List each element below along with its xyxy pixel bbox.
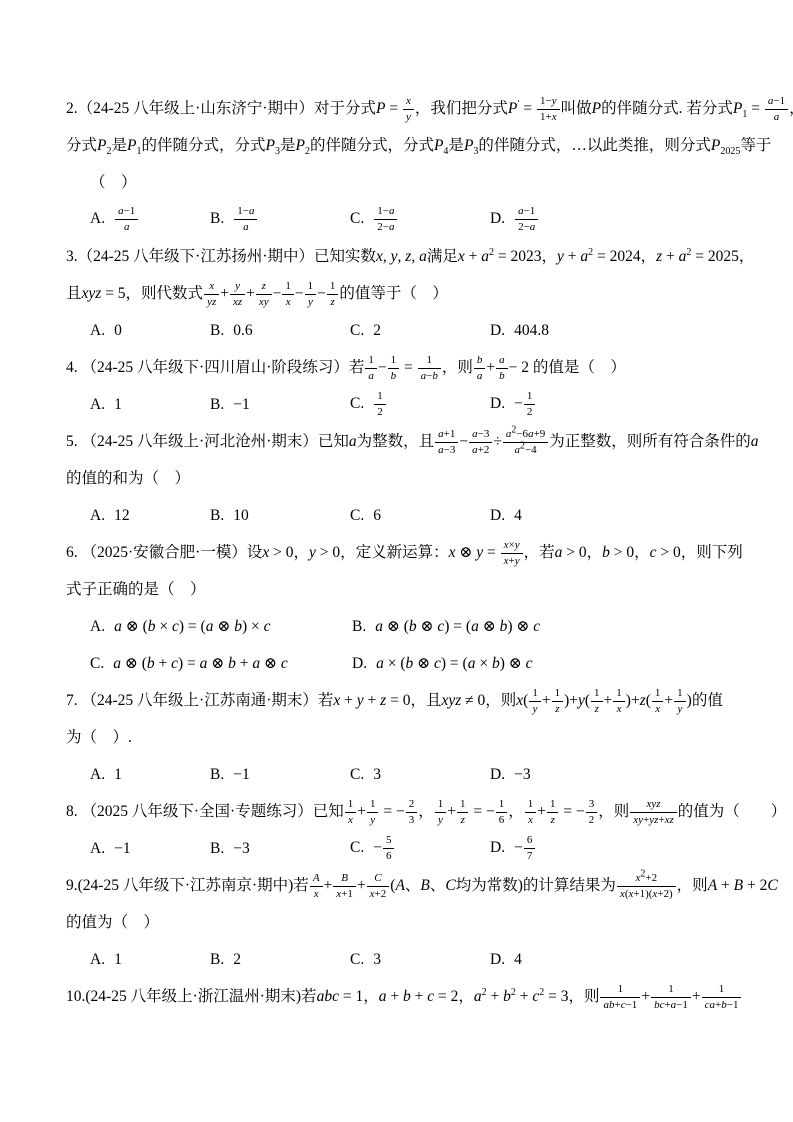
option-value: −1: [233, 396, 250, 413]
question-6: 6. （2025·安徽合肥·一模）设x > 0，y > 0，定义新运算：x ⊗ …: [66, 534, 735, 682]
fraction: xy: [403, 95, 414, 123]
math-variable: a: [477, 370, 483, 382]
math-variable: b: [409, 618, 417, 635]
superscript: 2: [588, 247, 593, 258]
math-variable: y: [515, 555, 520, 567]
math-variable: x: [652, 888, 657, 900]
fraction-denominator: a: [765, 109, 788, 124]
question-9-option-A: A.1: [90, 951, 210, 969]
fraction: a−1a: [115, 205, 138, 233]
fraction-denominator: xz: [230, 294, 245, 309]
question-4-stem-line: 4. （24-25 八年级下·四川眉山·阶段练习）若1a−1b = 1a−b，则…: [66, 349, 735, 386]
option-value: a ⊗ (b + c) = a ⊗ b + a ⊗ c: [113, 655, 288, 672]
question-9-stem-line: 9.(24-25 八年级下·江苏南京·期中)若Ax+Bx+1+Cx+2(A、B、…: [66, 867, 735, 904]
fraction: 56: [383, 834, 395, 862]
option-label: A.: [90, 951, 105, 968]
math-variable: z: [656, 248, 662, 265]
option-value: 12: [373, 395, 387, 412]
math-variable: a: [114, 618, 122, 635]
fraction-denominator: x+1: [333, 886, 356, 901]
question-2-option-C: C.1−a2−a: [350, 205, 490, 233]
fraction-denominator: b: [496, 368, 508, 383]
fraction-numerator: A: [310, 872, 323, 886]
question-3-option-B: B.0.6: [210, 322, 350, 340]
option-label: B.: [210, 210, 224, 227]
math-variable: C: [374, 872, 381, 884]
option-label: A.: [90, 766, 105, 783]
math-variable: b: [602, 544, 610, 561]
math-variable: y: [438, 814, 443, 826]
math-variable: a: [481, 248, 489, 265]
fraction-numerator: a−1: [765, 95, 788, 109]
question-9: 9.(24-25 八年级下·江苏南京·期中)若Ax+Bx+1+Cx+2(A、B、…: [66, 867, 735, 978]
math-variable: b: [492, 655, 500, 672]
math-variable: y: [309, 544, 316, 561]
fraction-denominator: a−3: [435, 442, 458, 457]
math-variable: z: [595, 703, 599, 715]
math-variable: a: [206, 618, 214, 635]
question-3-stem-line: 3.（24-25 八年级下·江苏扬州·期中）已知实数x, y, z, a满足x …: [66, 238, 735, 275]
math-variable: a: [252, 655, 260, 672]
math-variable: b: [503, 988, 511, 1005]
fraction-denominator: 6: [383, 848, 395, 863]
math-variable: a: [468, 655, 476, 672]
option-value: 12: [114, 507, 130, 524]
math-variable: x: [655, 703, 660, 715]
fraction-denominator: x: [310, 886, 323, 901]
subscript: 3: [275, 146, 280, 157]
superscript: ′: [517, 99, 519, 110]
option-label: D.: [490, 395, 505, 412]
fraction-numerator: 1: [524, 390, 536, 404]
fraction-denominator: z: [327, 294, 339, 309]
fraction: 1bc+a−1: [651, 983, 691, 1011]
math-variable: a: [530, 221, 536, 233]
question-2: 2.（24-25 八年级上·山东济宁·期中）对于分式P = xy，我们把分式P′…: [66, 90, 735, 238]
question-2-stem-line: 2.（24-25 八年级上·山东济宁·期中）对于分式P = xy，我们把分式P′…: [66, 90, 735, 127]
math-variable: a: [389, 205, 395, 217]
question-8: 8. （2025 八年级下·全国·专题练习）已知1x+1y = −23，1y+1…: [66, 793, 735, 867]
math-variable: c: [650, 544, 657, 561]
fraction-numerator: 1: [552, 687, 564, 701]
math-variable: a: [389, 221, 395, 233]
option-value: 6: [373, 507, 381, 524]
question-5-option-B: B.10: [210, 507, 350, 525]
math-variable: c: [437, 618, 444, 635]
fraction-denominator: a: [234, 219, 257, 234]
fraction-denominator: y: [367, 812, 379, 827]
option-value: 4: [514, 951, 522, 968]
math-variable: c: [621, 999, 626, 1011]
fraction-denominator: 2−a: [515, 219, 538, 234]
fraction: 1z: [327, 280, 339, 308]
option-label: C.: [350, 395, 364, 412]
fraction-numerator: 1−a: [234, 205, 257, 219]
question-4-option-D: D.−12: [490, 390, 735, 418]
option-label: B.: [210, 766, 224, 783]
fraction-denominator: x: [345, 812, 357, 827]
fraction-numerator: a−1: [515, 205, 538, 219]
fraction-numerator: a−3: [469, 428, 492, 442]
fraction-denominator: 2: [586, 812, 598, 827]
math-variable: b: [228, 655, 236, 672]
option-label: C.: [350, 766, 364, 783]
math-variable: A: [395, 877, 404, 894]
math-variable: y: [515, 539, 520, 551]
math-variable: a: [124, 221, 130, 233]
fraction: a2−6a+9a2−4: [503, 428, 548, 456]
math-variable: x: [516, 692, 523, 709]
question-3-option-A: A.0: [90, 322, 210, 340]
fraction-numerator: z: [256, 280, 272, 294]
option-label: D.: [490, 322, 505, 339]
math-variable: a: [200, 655, 208, 672]
option-label: D.: [490, 210, 505, 227]
question-5-options-row: A.12B.10C.6D.4: [66, 497, 735, 534]
question-9-option-D: D.4: [490, 951, 735, 969]
question-4-options-row: A.1B.−1C.12D.−12: [66, 386, 735, 423]
option-label: D.: [490, 951, 505, 968]
math-variable: b: [403, 988, 411, 1005]
question-9-options-row: A.1B.2C.3D.4: [66, 941, 735, 978]
math-variable: z: [640, 692, 646, 709]
math-variable: abc: [317, 988, 339, 1005]
fraction-numerator: 1: [388, 354, 400, 368]
math-variable: z: [380, 692, 386, 709]
fraction: 1x: [613, 687, 625, 715]
math-variable: c: [171, 655, 178, 672]
fraction: zxy: [256, 280, 272, 308]
subscript: 2: [305, 146, 310, 157]
option-label: A.: [90, 507, 105, 524]
math-variable: a: [751, 433, 759, 450]
math-variable: a: [349, 433, 357, 450]
math-variable: y: [552, 95, 557, 107]
math-variable: x: [552, 111, 557, 123]
question-6-option-C: C.a ⊗ (b + c) = a ⊗ b + a ⊗ c: [90, 654, 352, 673]
fraction-numerator: xyz: [630, 798, 677, 812]
option-value: 404.8: [514, 322, 549, 339]
question-9-stem-line: 的值为（ ）: [66, 904, 735, 941]
fraction-numerator: x2+2: [617, 872, 676, 886]
fraction-denominator: yz: [204, 294, 219, 309]
fraction-numerator: 1: [525, 798, 537, 812]
fraction-numerator: 1−a: [374, 205, 397, 219]
question-7-option-D: D.−3: [490, 766, 735, 784]
question-7-option-B: B.−1: [210, 766, 350, 784]
math-variable: P: [711, 137, 720, 154]
fraction-denominator: x(x+1)(x+2): [617, 886, 676, 901]
fraction-numerator: 1: [674, 687, 686, 701]
math-variable: B: [341, 872, 348, 884]
question-2-option-A: A.a−1a: [90, 205, 210, 233]
fraction-numerator: 1−y: [537, 95, 560, 109]
fraction-denominator: xy+yz+xz: [630, 812, 677, 827]
fraction: 67: [524, 834, 536, 862]
option-value: 3: [373, 766, 381, 783]
math-variable: b: [391, 370, 397, 382]
math-variable: a: [243, 221, 249, 233]
fraction-denominator: b: [388, 368, 400, 383]
fraction-numerator: 1: [418, 354, 441, 368]
subscript: 2: [106, 146, 111, 157]
question-7: 7. （24-25 八年级上·江苏南通·期末）若x + y + z = 0，且x…: [66, 682, 735, 793]
option-value: 2: [233, 951, 241, 968]
math-variable: x: [504, 539, 509, 551]
option-label: A.: [90, 618, 105, 635]
question-2-options-row: A.a−1aB.1−aaC.1−a2−aD.a−12−a: [66, 201, 735, 238]
math-variable: b: [148, 618, 156, 635]
math-variable: x: [620, 888, 625, 900]
option-value: 1: [114, 951, 122, 968]
question-9-option-B: B.2: [210, 951, 350, 969]
math-variable: a: [580, 248, 588, 265]
math-variable: x: [617, 703, 622, 715]
math-variable: y: [476, 544, 483, 561]
option-label: D.: [490, 766, 505, 783]
fraction-numerator: 1: [547, 798, 559, 812]
math-variable: xyz: [82, 285, 102, 302]
question-5-option-A: A.12: [90, 507, 210, 525]
math-variable: y: [578, 692, 585, 709]
fraction: xyzxy+yz+xz: [630, 798, 677, 826]
option-value: −12: [514, 395, 536, 412]
option-label: C.: [350, 210, 364, 227]
fraction: 32: [586, 798, 598, 826]
question-8-options-row: A.−1B.−3C.−56D.−67: [66, 830, 735, 867]
math-variable: b: [500, 618, 508, 635]
option-value: a−12−a: [514, 210, 539, 227]
question-9-option-C: C.3: [350, 951, 490, 969]
option-value: 2: [373, 322, 381, 339]
fraction-numerator: 1: [365, 354, 377, 368]
option-value: a ⊗ (b ⊗ c) = (a ⊗ b) ⊗ c: [375, 618, 540, 635]
fraction: 1−aa: [234, 205, 257, 233]
question-4: 4. （24-25 八年级下·四川眉山·阶段练习）若1a−1b = 1a−b，则…: [66, 349, 735, 423]
math-variable: z: [551, 814, 555, 826]
math-variable: a: [499, 354, 505, 366]
math-variable: xy: [633, 814, 643, 826]
math-variable: x: [628, 888, 633, 900]
fraction: a+1a−3: [435, 428, 458, 456]
question-2-stem-line: 分式P2是P1的伴随分式，分式P3是P2的伴随分式，分式P4是P3的伴随分式，……: [66, 127, 735, 164]
question-10: 10.(24-25 八年级上·浙江温州·期末)若abc = 1，a + b + …: [66, 978, 735, 1015]
fraction-denominator: a+2: [469, 442, 492, 457]
fraction: 1y: [674, 687, 686, 715]
superscript: 2: [539, 987, 544, 998]
math-variable: a: [472, 428, 478, 440]
fraction: 12: [524, 390, 536, 418]
math-variable: b: [477, 354, 483, 366]
math-variable: a: [768, 95, 774, 107]
option-label: D.: [352, 655, 367, 672]
math-variable: x: [286, 296, 291, 308]
fraction-numerator: 1: [529, 687, 541, 701]
question-3-option-D: D.404.8: [490, 322, 735, 340]
fraction: 1a: [365, 354, 377, 382]
fraction: 1b: [388, 354, 400, 382]
math-variable: b: [721, 999, 727, 1011]
option-label: D.: [490, 507, 505, 524]
math-variable: a: [438, 428, 444, 440]
math-variable: P: [508, 100, 517, 117]
option-label: C.: [350, 951, 364, 968]
fraction-numerator: 1: [305, 280, 317, 294]
fraction-denominator: a: [365, 368, 377, 383]
fraction-denominator: 7: [524, 848, 536, 863]
question-8-option-D: D.−67: [490, 834, 735, 862]
fraction-numerator: 1: [282, 280, 294, 294]
math-variable: z: [331, 296, 335, 308]
fraction-denominator: 2: [524, 404, 536, 419]
math-variable: c: [264, 618, 271, 635]
math-variable: b: [432, 370, 438, 382]
fraction: 1−y1+x: [537, 95, 560, 123]
fraction-numerator: 1: [591, 687, 603, 701]
fraction-denominator: y: [305, 294, 317, 309]
fraction-numerator: 1: [652, 687, 664, 701]
fraction-denominator: z: [591, 701, 603, 716]
option-label: C.: [350, 507, 364, 524]
question-4-option-A: A.1: [90, 396, 210, 414]
superscript: 2: [489, 247, 494, 258]
math-variable: x: [458, 248, 465, 265]
fraction-numerator: 5: [383, 834, 395, 848]
question-7-options-row: A.1B.−1C.3D.−3: [66, 756, 735, 793]
math-variable: b: [499, 370, 505, 382]
fraction: xyz: [204, 280, 219, 308]
math-variable: x: [209, 280, 214, 292]
math-variable: x: [370, 888, 375, 900]
question-8-option-A: A.−1: [90, 840, 210, 858]
question-6-option-A: A.a ⊗ (b × c) = (a ⊗ b) × c: [90, 617, 352, 636]
option-value: 1−aa: [233, 210, 258, 227]
subscript: 1: [742, 109, 747, 120]
math-variable: ab: [603, 999, 614, 1011]
math-variable: y: [357, 692, 364, 709]
fraction-numerator: x: [403, 95, 414, 109]
math-variable: B: [734, 877, 743, 894]
math-variable: x: [376, 248, 383, 265]
question-2-stem-line: （ ）: [66, 164, 735, 201]
question-3-option-C: C.2: [350, 322, 490, 340]
math-variable: A: [708, 877, 717, 894]
option-value: 1: [114, 766, 122, 783]
superscript: 2: [482, 987, 487, 998]
math-variable: P: [376, 100, 385, 117]
question-7-stem-line: 7. （24-25 八年级上·江苏南通·期末）若x + y + z = 0，且x…: [66, 682, 735, 719]
subscript: 4: [443, 146, 448, 157]
fraction-denominator: 1+x: [537, 109, 560, 124]
math-variable: a: [472, 444, 478, 456]
math-variable: x: [504, 555, 509, 567]
question-list: 2.（24-25 八年级上·山东济宁·期中）对于分式P = xy，我们把分式P′…: [66, 90, 735, 1015]
worksheet-page: 2.（24-25 八年级上·山东济宁·期中）对于分式P = xy，我们把分式P′…: [0, 0, 793, 1122]
question-2-option-B: B.1−aa: [210, 205, 350, 233]
option-label: B.: [210, 951, 224, 968]
option-label: B.: [352, 618, 366, 635]
math-variable: y: [677, 703, 682, 715]
math-variable: b: [147, 655, 155, 672]
math-variable: P: [592, 100, 601, 117]
question-7-option-C: C.3: [350, 766, 490, 784]
fraction-denominator: x: [525, 812, 537, 827]
math-variable: y: [406, 111, 411, 123]
fraction: 16: [496, 798, 508, 826]
math-variable: bc: [654, 999, 664, 1011]
fraction-denominator: x: [613, 701, 625, 716]
question-8-option-C: C.−56: [350, 834, 490, 862]
fraction: x2+2x(x+1)(x+2): [617, 872, 676, 900]
math-variable: a: [518, 205, 524, 217]
subscript: 1: [136, 146, 141, 157]
fraction-numerator: C: [367, 872, 390, 886]
question-4-option-C: C.12: [350, 390, 490, 418]
fraction-numerator: a−1: [115, 205, 138, 219]
superscript: 2: [640, 869, 645, 880]
math-variable: c: [281, 655, 288, 672]
fraction-denominator: 2−a: [374, 219, 397, 234]
math-variable: a: [774, 111, 780, 123]
math-variable: c: [427, 988, 434, 1005]
fraction-denominator: 2: [374, 404, 386, 419]
fraction: a−12−a: [515, 205, 538, 233]
fraction-denominator: a: [474, 368, 486, 383]
option-label: A.: [90, 840, 105, 857]
fraction-denominator: ab+c−1: [600, 997, 640, 1012]
option-value: 0: [114, 322, 122, 339]
fraction-numerator: 1: [367, 798, 379, 812]
fraction-denominator: x+2: [367, 886, 390, 901]
option-label: A.: [90, 322, 105, 339]
option-label: C.: [90, 655, 104, 672]
math-variable: x: [348, 814, 353, 826]
fraction-numerator: B: [333, 872, 356, 886]
fraction-numerator: 1: [327, 280, 339, 294]
math-variable: y: [235, 280, 240, 292]
math-variable: C: [767, 877, 777, 894]
question-5-option-D: D.4: [490, 507, 735, 525]
math-variable: a: [555, 544, 563, 561]
math-variable: P: [733, 100, 742, 117]
question-5-stem-line: 5. （24-25 八年级上·河北沧州·期末）已知a为整数，且a+1a−3−a−…: [66, 423, 735, 460]
fraction: Cx+2: [367, 872, 390, 900]
option-label: B.: [210, 322, 224, 339]
math-variable: c: [526, 655, 533, 672]
fraction: yxz: [230, 280, 245, 308]
question-6-option-D: D.a × (b ⊗ c) = (a × b) ⊗ c: [352, 654, 735, 673]
fraction: 1ab+c−1: [600, 983, 640, 1011]
math-variable: P: [434, 137, 443, 154]
fraction-numerator: 1: [496, 798, 508, 812]
superscript: 2: [511, 425, 516, 436]
fraction-numerator: 1: [702, 983, 742, 997]
fraction: 1a−b: [418, 354, 441, 382]
fraction-numerator: a: [496, 354, 508, 368]
math-variable: z: [405, 248, 411, 265]
math-variable: y: [391, 248, 398, 265]
math-variable: x: [262, 544, 269, 561]
fraction-numerator: 6: [524, 834, 536, 848]
fraction: 1z: [457, 798, 469, 826]
math-variable: a: [421, 370, 427, 382]
math-variable: a: [118, 205, 124, 217]
math-variable: P: [265, 137, 274, 154]
option-value: −67: [514, 839, 536, 856]
math-variable: xz: [233, 296, 242, 308]
question-3-options-row: A.0B.0.6C.2D.404.8: [66, 312, 735, 349]
fraction-denominator: bc+a−1: [651, 997, 691, 1012]
